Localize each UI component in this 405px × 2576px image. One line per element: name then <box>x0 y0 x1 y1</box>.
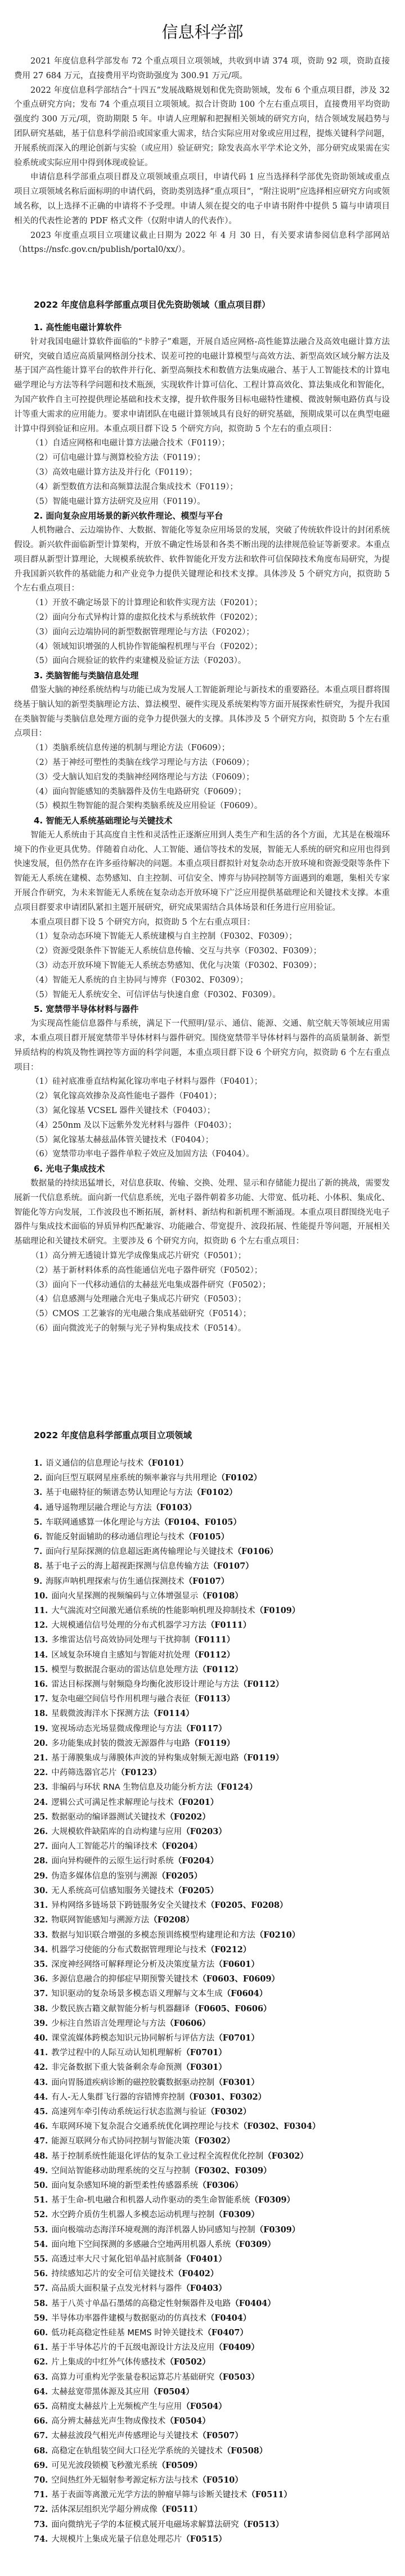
project-area-item: 16.雷达目标探测与射频隐身均衡化波形设计理论与方法（F0112） <box>34 1677 394 1692</box>
item-number: 45. <box>34 2107 48 2116</box>
item-number: 16. <box>34 1679 48 1689</box>
project-area-item: 52.水空跨介质仿生机器人多模态运动机理与控制（F0309） <box>34 2208 394 2222</box>
item-name: 片上集成的中红外气体传感技术 <box>51 2358 165 2367</box>
item-number: 12. <box>34 1620 48 1630</box>
item-number: 67. <box>34 2431 48 2440</box>
item-number: 47. <box>34 2136 48 2146</box>
item-name: 大规模片上集成光量子信息处理芯片 <box>51 2535 182 2544</box>
project-area-item: 63.高算力可重构光学张量卷积运算芯片基础研究（F0503） <box>34 2370 394 2385</box>
item-name: 逻辑公式可满足性求解理论与技术 <box>51 1798 174 1807</box>
application-code: （F0301） <box>214 2078 259 2087</box>
item-number: 72. <box>34 2505 48 2514</box>
application-code: （F0302、F0304） <box>239 2122 321 2131</box>
application-code: （F0401） <box>182 2254 227 2264</box>
item-number: 68. <box>34 2446 48 2456</box>
item-number: 10. <box>34 1591 48 1601</box>
application-code: （F0701） <box>214 2033 259 2043</box>
item-number: 4. <box>34 1503 42 1512</box>
project-area-item: 42.非完备数据下重大装备剩余寿命预测（F0301） <box>34 2060 394 2075</box>
research-direction-item: （4）信息感测与处理融合光电子集成芯片研究（F0503）； <box>14 1292 390 1307</box>
item-name: 数据驱动的编译器测试关键技术 <box>51 1813 165 1822</box>
item-number: 23. <box>34 1782 48 1792</box>
project-area-item: 64.太赫兹宽带黑体源及其应用（F0504） <box>34 2385 394 2399</box>
application-code: （F0210） <box>255 1930 300 1940</box>
project-area-item: 69.可见光波段锁模飞秒激光系统（F0509） <box>34 2458 394 2473</box>
item-number: 62. <box>34 2357 48 2367</box>
application-code: （F0205） <box>174 1886 219 1895</box>
research-direction-item: （5）CMOS 工艺兼容的光电融合集成基础研究（F0514）； <box>14 1307 390 1322</box>
project-group-title: 6. 光电子集成技术 <box>14 1162 390 1177</box>
item-number: 37. <box>34 1989 48 1998</box>
research-direction-item: （5）智能电磁计算方法研究及应用（F0119）。 <box>14 495 390 510</box>
item-number: 27. <box>34 1841 48 1851</box>
project-group: 3. 类脑智能与类脑信息处理借鉴大脑的神经系统结构与功能已成为发展人工智能新理论… <box>14 669 390 814</box>
project-area-item: 21.基于薄膜集成与薄膜体声波的异构集成射频无源电路（F0119） <box>34 1751 394 1766</box>
item-name: 面向行星际探测的信息超远距离传输理论与关键技术 <box>46 1547 233 1556</box>
item-name: 高精度太赫兹片上光频梳产生与应用 <box>51 2402 182 2411</box>
project-area-item: 71.基于表面等离激元光学方法的肿瘤早筛与诊断关键技术（F0511） <box>34 2488 394 2502</box>
application-code: （F0202） <box>165 1812 210 1822</box>
project-area-item: 4.通导遥物理层融合理论与方法（F0103） <box>34 1501 394 1515</box>
project-group: 5. 宽禁带半导体材料与器件为实现高性能信息器件与系统，满足下一代照明/显示、通… <box>14 1002 390 1162</box>
item-name: 异构网络多链场景下跨链服务安全关键技术 <box>51 1901 206 1910</box>
research-direction-item: （6）面向微波光子的射频与光子异构集成技术（F0514）。 <box>14 1322 390 1336</box>
project-area-item: 34.机器学习使能的分布式数据管理理论与技术（F0212） <box>34 1943 394 1957</box>
project-area-item: 14.区域复杂环境自主感知与智能对抗处理（F0112） <box>34 1648 394 1663</box>
project-area-item: 66.高分辨太赫兹光声生物成像技术（F0504） <box>34 2414 394 2429</box>
project-area-item: 44.有人-无人集群飞行器的容错博弈控制（F0301、F0302） <box>34 2090 394 2105</box>
application-code: （F0302） <box>190 2136 235 2146</box>
item-number: 17. <box>34 1694 48 1704</box>
project-group-description: 智能无人系统由于其高度自主性和灵活性正逐渐应用到人类生产和生活的各个方面，尤其是… <box>14 828 390 916</box>
item-number: 7. <box>34 1547 42 1556</box>
project-area-item: 46.车联网环境下复杂混合交通系统优化调控理论与技术（F0302、F0304） <box>34 2119 394 2134</box>
research-direction-item: （4）智能无人系统的自主协同与博弈（F0302、F0309）； <box>14 974 390 988</box>
item-name: 少标注自然语言处理理论与方法 <box>51 2019 165 2028</box>
item-name: 物联网智能感知与溯源方法 <box>51 1916 149 1925</box>
item-number: 46. <box>34 2122 48 2131</box>
item-name: 基于薄膜集成与薄膜体声波的异构集成射频无源电路 <box>51 1754 239 1763</box>
research-direction-item: （3）受大脑认知启发的类脑神经网络理论与方法（F0609）； <box>14 771 390 785</box>
application-code: （F0203） <box>182 1827 227 1836</box>
item-name: 车联网通感算一体化理论与方法 <box>46 1518 160 1527</box>
item-number: 63. <box>34 2372 48 2382</box>
application-code: （F0111） <box>190 1635 235 1645</box>
intro-paragraph: 2022 年度信息科学部结合“十四五”发展战略规划和优先资助领域，发布 6 个重… <box>14 84 390 171</box>
project-area-item: 33.数据与知识联合增强的多模态预训练模型构建理论和方法（F0210） <box>34 1928 394 1943</box>
project-area-item: 20.多功能集成封装的微波无源器件与电路（F0119） <box>34 1736 394 1751</box>
project-group-description: 本重点项目群下设 5 个研究方向，拟资助 5 个左右重点项目： <box>14 916 390 930</box>
project-area-item: 36.多源信息融合的抑郁症早期预警关键技术（F0603、F0609） <box>34 1972 394 1987</box>
project-area-item: 37.知识驱动的复杂场景多模态语义理解与文本生成（F0604） <box>34 1987 394 2001</box>
project-group-title: 2. 面向复杂应用场景的新兴软件理论、模型与平台 <box>14 509 390 524</box>
application-code: （F0306） <box>198 2181 243 2190</box>
item-number: 28. <box>34 1856 48 1866</box>
project-area-item: 18.星载微波海洋水下探测方法（F0114） <box>34 1706 394 1721</box>
research-direction-item: （5）智能无人系统安全、可信评估与快速自愈（F0302、F0309）。 <box>14 988 390 1003</box>
item-number: 19. <box>34 1724 48 1733</box>
application-code: （F0204） <box>157 1841 202 1851</box>
project-area-list: 1.语义通信的信息理论与技术（F0101）2.面向巨型互联网星座系统的频率兼容与… <box>34 1456 394 2547</box>
research-direction-item: （4）新型数值方法和高频算法混合集成技术（F0119）； <box>14 480 390 495</box>
research-direction-item: （4）250nm 及以下远紫外发光材料与器件（F0403）； <box>14 1119 390 1133</box>
project-area-item: 32.物联网智能感知与溯源方法（F0208） <box>34 1913 394 1928</box>
item-name: 高品质大面积量子点发光材料与器件 <box>51 2284 182 2293</box>
item-number: 6. <box>34 1532 42 1542</box>
item-name: 雷达目标探测与射频隐身均衡化波形设计理论与方法 <box>51 1680 239 1689</box>
item-name: 伪造多媒体信息的鉴别与溯源 <box>51 1872 157 1881</box>
application-code: （F0407） <box>203 2328 248 2338</box>
project-area-item: 50.面向复杂感知环境的新型柔性传感器系统（F0306） <box>34 2178 394 2193</box>
application-code: （F0603、F0609） <box>198 1974 280 1984</box>
project-area-item: 68.高稳定在轨组装空间大口径光学系统的关键技术（F0508） <box>34 2444 394 2458</box>
item-number: 36. <box>34 1974 48 1984</box>
item-number: 20. <box>34 1739 48 1748</box>
item-name: 大气湍流对空间激光通信系统的性能影响机理及抑制技术 <box>51 1606 255 1615</box>
item-name: 车联网环境下复杂混合交通系统优化调控理论与技术 <box>51 2122 239 2131</box>
item-name: 面向微纳光子学的本征模式展开电磁场求解算法研究 <box>51 2520 239 2529</box>
application-code: （F0205、F0208） <box>206 1901 288 1910</box>
research-direction-item: （1）复杂动态环境下智能无人系统建模与自主控制（F0302、F0309）； <box>14 930 390 944</box>
item-number: 30. <box>34 1886 48 1895</box>
item-number: 1. <box>34 1458 42 1468</box>
page-title: 信息科学部 <box>0 22 405 42</box>
application-code: （F0504） <box>182 2402 227 2411</box>
project-area-item: 15.模型与数据混合驱动的雷达信息处理方法（F0112） <box>34 1663 394 1677</box>
item-name: 高稳定在轨组装空间大口径光学系统的关键技术 <box>51 2447 223 2456</box>
project-group-title: 3. 类脑智能与类脑信息处理 <box>14 669 390 683</box>
project-area-item: 55.高透过率大尺寸氮化铝单晶衬底制备（F0401） <box>34 2252 394 2267</box>
project-area-item: 67.太赫兹波段气相光声传感理论与关键技术（F0507） <box>34 2429 394 2443</box>
project-area-item: 38.少数民族古籍文献智能分析与机器翻译（F0605、F0606） <box>34 2002 394 2016</box>
application-code: （F0605、F0606） <box>190 2004 272 2014</box>
item-name: 大规模软件缺陷库的自动构建与应用 <box>51 1827 182 1836</box>
project-area-item: 59.半导体功率器件建模与数据驱动的仿真技术（F0404） <box>34 2311 394 2326</box>
application-code: （F0701） <box>182 2048 227 2057</box>
application-code: （F0511） <box>247 2490 292 2500</box>
project-area-item: 54.面向地下空间探测的多感融合空地两用机器人系统（F0309） <box>34 2237 394 2252</box>
project-area-item: 53.面向极端动态海洋环境观测的海洋机器人协同感知与控制（F0309） <box>34 2223 394 2237</box>
project-group-description: 数据量的持续迅猛增长，对信息获取、传输、交换、处理、显示和存储能力提出了新的挑战… <box>14 1177 390 1249</box>
application-code: （F0103） <box>152 1503 197 1512</box>
research-direction-item: （5）模拟生物智能的混合架构类脑系统及应用验证（F0609）。 <box>14 799 390 814</box>
item-number: 74. <box>34 2534 48 2544</box>
application-code: （F0301） <box>182 2062 227 2072</box>
project-area-item: 12.大规模通信信号处理的分布式机器学习方法（F0111） <box>34 1618 394 1633</box>
item-number: 2. <box>34 1473 42 1483</box>
item-number: 48. <box>34 2151 48 2161</box>
item-number: 44. <box>34 2092 48 2102</box>
item-name: 空间站智能移动助理系统的交互与控制 <box>51 2167 190 2176</box>
project-group: 6. 光电子集成技术数据量的持续迅猛增长，对信息获取、传输、交换、处理、显示和存… <box>14 1162 390 1336</box>
item-name: 太赫兹宽带黑体源及其应用 <box>51 2388 149 2397</box>
application-code: （F0113） <box>190 1694 235 1704</box>
item-name: 基于八英寸单晶石墨烯的高稳定性射频器件及电路 <box>51 2299 231 2308</box>
application-code: （F0409） <box>214 2343 259 2352</box>
application-code: （F0208） <box>149 1915 194 1925</box>
item-name: 复杂电磁空间信号作用机理与融合表征 <box>51 1695 190 1704</box>
application-code: （F0301、F0302） <box>184 2092 266 2102</box>
research-direction-item: （3）面向下一代移动通信的太赫兹光电集成器件研究（F0502）； <box>14 1278 390 1293</box>
research-direction-item: （3）动态开放环境下智能无人系统态势感知、优化与决策（F0302、F0309）； <box>14 959 390 974</box>
application-code: （F0107） <box>209 1561 254 1571</box>
item-number: 66. <box>34 2416 48 2426</box>
application-code: （F0124） <box>213 1782 258 1792</box>
item-number: 32. <box>34 1915 48 1925</box>
item-number: 50. <box>34 2181 48 2190</box>
application-code: （F0112） <box>198 1665 243 1674</box>
project-group-description: 人机物融合、云边端协作、大数据、智能化等复杂应用场景的发展，突破了传统软件设计的… <box>14 524 390 596</box>
intro-paragraph: 2021 年度信息科学部发布 72 个重点项目立项领域，共收到申请 374 项，… <box>14 55 390 84</box>
item-name: 数据与知识联合增强的多模态预训练模型构建理论和方法 <box>51 1931 255 1940</box>
item-name: 面向巨型互联网星座系统的频率兼容与共用理论 <box>46 1474 217 1483</box>
application-code: （F0504） <box>165 2416 210 2426</box>
item-name: 面向人工智能芯片的编译技术 <box>51 1842 157 1851</box>
item-number: 54. <box>34 2240 48 2249</box>
application-code: （F0606） <box>165 2019 210 2028</box>
item-number: 42. <box>34 2062 48 2072</box>
project-area-item: 25.数据驱动的编译器测试关键技术（F0202） <box>34 1810 394 1825</box>
application-code: （F0502） <box>165 2357 210 2367</box>
project-area-item: 51.基于生命-机电融合和机器人动作驱动的类生命智能系统（F0309） <box>34 2193 394 2208</box>
application-code: （F0515） <box>182 2534 227 2544</box>
item-number: 24. <box>34 1798 48 1807</box>
item-number: 73. <box>34 2520 48 2529</box>
item-number: 71. <box>34 2490 48 2500</box>
project-group: 4. 智能无人系统基础理论与关键技术智能无人系统由于其高度自主性和灵活性正逐渐应… <box>14 814 390 1002</box>
item-name: 知识驱动的复杂场景多模态语义理解与文本生成 <box>51 1989 223 1998</box>
application-code: （F0101） <box>143 1458 188 1468</box>
application-code: （F0302） <box>263 2151 308 2161</box>
project-area-item: 11.大气湍流对空间激光通信系统的性能影响机理及抑制技术（F0109） <box>34 1604 394 1618</box>
application-code: （F0119） <box>239 1753 284 1763</box>
item-name: 水空跨介质仿生机器人多模态运动机理与控制 <box>51 2210 214 2219</box>
research-direction-item: （5）氮化镓基太赫兹晶体管关键技术（F0404）； <box>14 1133 390 1148</box>
application-code: （F0404） <box>206 2313 251 2323</box>
project-area-item: 28.面向异构硬件的云原生运行时系统（F0204） <box>34 1854 394 1868</box>
project-area-item: 29.伪造多媒体信息的鉴别与溯源（F0205） <box>34 1869 394 1884</box>
project-group: 1. 高性能电磁计算软件针对我国电磁计算软件面临的“卡脖子”难题，开展自适应网格… <box>14 321 390 509</box>
research-direction-item: （1）高分辨无透镜计算光学成像集成芯片研究（F0501）； <box>14 1249 390 1264</box>
project-area-item: 7.面向行星际探测的信息超远距离传输理论与关键技术（F0106） <box>34 1544 394 1559</box>
project-area-item: 41.教学过程中的人际互动认知机理解析（F0701） <box>34 2046 394 2060</box>
item-name: 基于电子云的海上超视距探测与信息传输方法 <box>46 1562 209 1571</box>
item-number: 70. <box>34 2475 48 2485</box>
item-name: 有人-无人集群飞行器的容错博弈控制 <box>51 2093 184 2102</box>
item-name: 能源互联网分布式协同控制与智能决策 <box>51 2137 190 2146</box>
project-group: 2. 面向复杂应用场景的新兴软件理论、模型与平台人机物融合、云边端协作、大数据、… <box>14 509 390 669</box>
application-code: （F0504） <box>149 2387 194 2397</box>
research-direction-item: （3）面向云边端协同的新型数据管理理论与方法（F0202）； <box>14 625 390 640</box>
project-area-item: 45.高速列车牵引传动系统运行状态监测与验证（F0302） <box>34 2105 394 2119</box>
research-direction-item: （2）可信电磁计算与测算校验方法（F0119）； <box>14 451 390 466</box>
research-direction-item: （2）面向分布式异构计算的虚拟化技术与系统软件（F0202）； <box>14 611 390 625</box>
application-code: （F0109） <box>255 1606 300 1615</box>
project-area-item: 48.基于控制系统性能退化评估的复杂工业过程全流程优化控制（F0302） <box>34 2149 394 2164</box>
project-groups: 1. 高性能电磁计算软件针对我国电磁计算软件面临的“卡脖子”难题，开展自适应网格… <box>14 321 390 1336</box>
project-group-description: 为实现高性能信息器件与系统，满足下一代照明/显示、通信、能源、交通、航空航天等领… <box>14 1017 390 1075</box>
item-name: 面向火星探测的视频编码与立体增强显示 <box>51 1592 198 1601</box>
item-number: 64. <box>34 2387 48 2397</box>
project-area-item: 60.低功耗高稳定性硅基 MEMS 时钟关键技术（F0407） <box>34 2326 394 2340</box>
application-code: （F0106） <box>233 1547 278 1556</box>
research-direction-item: （4）领域知识增强的人机协作智能编程机理与平台（F0202）； <box>14 640 390 655</box>
application-code: （F0503） <box>214 2372 259 2382</box>
application-code: （F0107） <box>184 1577 229 1586</box>
application-code: （F0511） <box>157 2505 202 2514</box>
item-number: 33. <box>34 1930 48 1940</box>
application-code: （F0404） <box>231 2299 276 2308</box>
item-number: 22. <box>34 1768 48 1777</box>
item-name: 面向胃肠道疾病诊断的磁控胶囊数据驱动控制 <box>51 2078 214 2087</box>
application-code: （F0309） <box>255 2225 300 2235</box>
application-code: （F0102） <box>192 1488 237 1497</box>
item-number: 13. <box>34 1635 48 1645</box>
item-number: 8. <box>34 1561 42 1571</box>
project-area-item: 5.车联网通感算一体化理论与方法（F0104、F0105） <box>34 1515 394 1530</box>
application-code: （F0302） <box>206 2107 251 2116</box>
application-code: （F0508） <box>223 2446 268 2456</box>
application-code: （F0102） <box>217 1473 262 1483</box>
project-area-item: 23.非编码与环状 RNA 生物信息及功能分析方法（F0124） <box>34 1780 394 1795</box>
item-name: 通导遥物理层融合理论与方法 <box>46 1503 152 1512</box>
project-area-item: 10.面向火星探测的视频编码与立体增强显示（F0108） <box>34 1589 394 1604</box>
application-code: （F0201） <box>174 1798 219 1807</box>
application-code: （F0204） <box>174 1856 219 1866</box>
project-area-item: 70.空间热红外无辐射参考源定标方法与技术（F0510） <box>34 2473 394 2488</box>
item-name: 高速列车牵引传动系统运行状态监测与验证 <box>51 2107 206 2116</box>
item-number: 58. <box>34 2299 48 2308</box>
item-name: 可见光波段锁模飞秒激光系统 <box>51 2461 157 2470</box>
item-name: 持续感知芯片的安全可信关键技术 <box>51 2269 174 2278</box>
research-direction-item: （3）高效电磁计算方法及并行化（F0119）； <box>14 466 390 480</box>
application-code: （F0601） <box>214 1960 259 1969</box>
item-number: 60. <box>34 2328 48 2338</box>
research-direction-item: （1）硅衬底准垂直结构氮化镓功率电子材料与器件（F0401）； <box>14 1075 390 1089</box>
research-direction-item: （2）氧化镓高效掺杂及高性能电子器件（F0401）； <box>14 1089 390 1104</box>
application-code: （F0309） <box>250 2195 295 2205</box>
research-direction-item: （1）类脑系统信息传递的机制与理论方法（F0609）； <box>14 741 390 756</box>
item-number: 56. <box>34 2269 48 2278</box>
item-number: 21. <box>34 1753 48 1763</box>
item-number: 38. <box>34 2004 48 2014</box>
project-area-item: 58.基于八英寸单晶石墨烯的高稳定性射频器件及电路（F0404） <box>34 2296 394 2311</box>
project-area-item: 13.多维雷达信号高效协同处理与干扰抑制（F0111） <box>34 1633 394 1647</box>
item-name: 活体深层组织光学超分辨成像 <box>51 2505 157 2514</box>
item-name: 课堂流媒体跨模态知识元协同解析与评估方法 <box>51 2034 214 2043</box>
application-code: （F0507） <box>198 2431 243 2440</box>
item-number: 65. <box>34 2402 48 2411</box>
research-direction-item: （2）基于神经可塑性的类脑在线学习理论与方法（F0609）； <box>14 756 390 771</box>
item-number: 59. <box>34 2313 48 2323</box>
project-group-description: 借鉴大脑的神经系统结构与功能已成为发展人工智能新理论与新技术的重要路径。本重点项… <box>14 683 390 741</box>
item-name: 基于半导体芯片的千瓦级电源设计方法及应用 <box>51 2343 214 2352</box>
application-code: （F0111） <box>206 1620 251 1630</box>
research-direction-item: （3）氮化镓基 VCSEL 器件关键技术（F0403）； <box>14 1104 390 1119</box>
application-code: （F0114） <box>149 1709 194 1718</box>
item-name: 高算力可重构光学张量卷积运算芯片基础研究 <box>51 2373 214 2382</box>
application-code: （F0117） <box>182 1724 227 1733</box>
project-area-item: 26.大规模软件缺陷库的自动构建与应用（F0203） <box>34 1825 394 1839</box>
application-code: （F0309） <box>231 2240 276 2249</box>
research-direction-item: （4）面向智能感知的类脑器件及仿生电路研究（F0609）； <box>14 785 390 800</box>
project-area-item: 61.基于半导体芯片的千瓦级电源设计方法及应用（F0409） <box>34 2340 394 2355</box>
item-name: 多维雷达信号高效协同处理与干扰抑制 <box>51 1636 190 1645</box>
intro-paragraph: 2023 年度重点项目立项建议截止日期为 2022 年 4 月 30 日，有关要… <box>14 229 390 258</box>
item-name: 中药筛选器官芯片 <box>51 1768 116 1777</box>
project-area-item: 57.高品质大面积量子点发光材料与器件（F0403） <box>34 2281 394 2296</box>
project-area-item: 74.大规模片上集成光量子信息处理芯片（F0515） <box>34 2532 394 2547</box>
item-name: 无人系统高可信感知服务关键技术 <box>51 1886 174 1895</box>
item-number: 3. <box>34 1488 42 1497</box>
item-name: 智能反射面辅助的移动通信理论与技术 <box>46 1533 184 1542</box>
item-name: 基于控制系统性能退化评估的复杂工业过程全流程优化控制 <box>51 2152 263 2161</box>
item-number: 14. <box>34 1650 48 1660</box>
item-number: 40. <box>34 2033 48 2043</box>
item-number: 5. <box>34 1517 42 1527</box>
item-name: 非编码与环状 RNA 生物信息及功能分析方法 <box>51 1783 213 1792</box>
item-name: 宽视场动态光场显微成像理论与方法 <box>51 1724 182 1733</box>
project-group-description: 针对我国电磁计算软件面临的“卡脖子”难题，开展自适应网格-高性能算法融合及高效电… <box>14 335 390 437</box>
application-code: （F0510） <box>198 2475 243 2485</box>
item-name: 基于电磁特征的频谱态势认知理论与方法 <box>46 1488 192 1497</box>
project-area-item: 49.空间站智能移动助理系统的交互与控制（F0302、F0309） <box>34 2164 394 2178</box>
item-number: 11. <box>34 1606 48 1615</box>
project-area-item: 73.面向微纳光子学的本征模式展开电磁场求解算法研究（F0513） <box>34 2518 394 2532</box>
item-name: 基于生命-机电融合和机器人动作驱动的类生命智能系统 <box>51 2196 250 2205</box>
application-code: （F0105） <box>184 1532 229 1542</box>
application-code: （F0212） <box>206 1945 251 1954</box>
item-name: 基于表面等离激元光学方法的肿瘤早筛与诊断关键技术 <box>51 2491 247 2500</box>
item-number: 52. <box>34 2210 48 2219</box>
project-area-item: 65.高精度太赫兹片上光频梳产生与应用（F0504） <box>34 2399 394 2414</box>
item-name: 星载微波海洋水下探测方法 <box>51 1709 149 1718</box>
application-code: （F0309） <box>214 2210 259 2219</box>
application-code: （F0513） <box>239 2520 284 2529</box>
item-name: 太赫兹波段气相光声传感理论与关键技术 <box>51 2431 198 2440</box>
project-area-item: 1.语义通信的信息理论与技术（F0101） <box>34 1456 394 1471</box>
item-name: 低功耗高稳定性硅基 MEMS 时钟关键技术 <box>51 2329 203 2338</box>
item-number: 29. <box>34 1871 48 1881</box>
research-direction-item: （1）自适应网格和电磁计算方法融合技术（F0119）； <box>14 436 390 451</box>
project-area-item: 3.基于电磁特征的频谱态势认知理论与方法（F0102） <box>34 1485 394 1500</box>
item-number: 18. <box>34 1709 48 1718</box>
item-name: 非完备数据下重大装备剩余寿命预测 <box>51 2063 182 2072</box>
item-name: 海豚声呐机理探索与仿生通信探测技术 <box>46 1577 184 1586</box>
item-number: 35. <box>34 1960 48 1969</box>
project-area-item: 27.面向人工智能芯片的编译技术（F0204） <box>34 1839 394 1854</box>
section-heading-project-areas: 2022 年度信息科学部重点项目立项领域 <box>34 1428 192 1443</box>
item-name: 高分辨太赫兹光声生物成像技术 <box>51 2417 165 2426</box>
project-area-item: 24.逻辑公式可满足性求解理论与技术（F0201） <box>34 1795 394 1810</box>
application-code: （F0205） <box>157 1871 202 1881</box>
item-name: 教学过程中的人际互动认知机理解析 <box>51 2048 182 2057</box>
project-area-item: 31.异构网络多链场景下跨链服务安全关键技术（F0205、F0208） <box>34 1898 394 1913</box>
application-code: （F0104、F0105） <box>160 1517 241 1527</box>
item-number: 53. <box>34 2225 48 2235</box>
item-number: 51. <box>34 2195 48 2205</box>
application-code: （F0112） <box>190 1650 235 1660</box>
item-name: 语义通信的信息理论与技术 <box>46 1459 143 1468</box>
item-number: 26. <box>34 1827 48 1836</box>
project-group-title: 1. 高性能电磁计算软件 <box>14 321 390 335</box>
item-name: 面向极端动态海洋环境观测的海洋机器人协同感知与控制 <box>51 2226 255 2235</box>
item-number: 61. <box>34 2343 48 2352</box>
item-name: 多源信息融合的抑郁症早期预警关键技术 <box>51 1975 198 1984</box>
project-area-item: 56.持续感知芯片的安全可信关键技术（F0402） <box>34 2267 394 2281</box>
item-name: 模型与数据混合驱动的雷达信息处理方法 <box>51 1665 198 1674</box>
item-name: 大规模通信信号处理的分布式机器学习方法 <box>51 1621 206 1630</box>
